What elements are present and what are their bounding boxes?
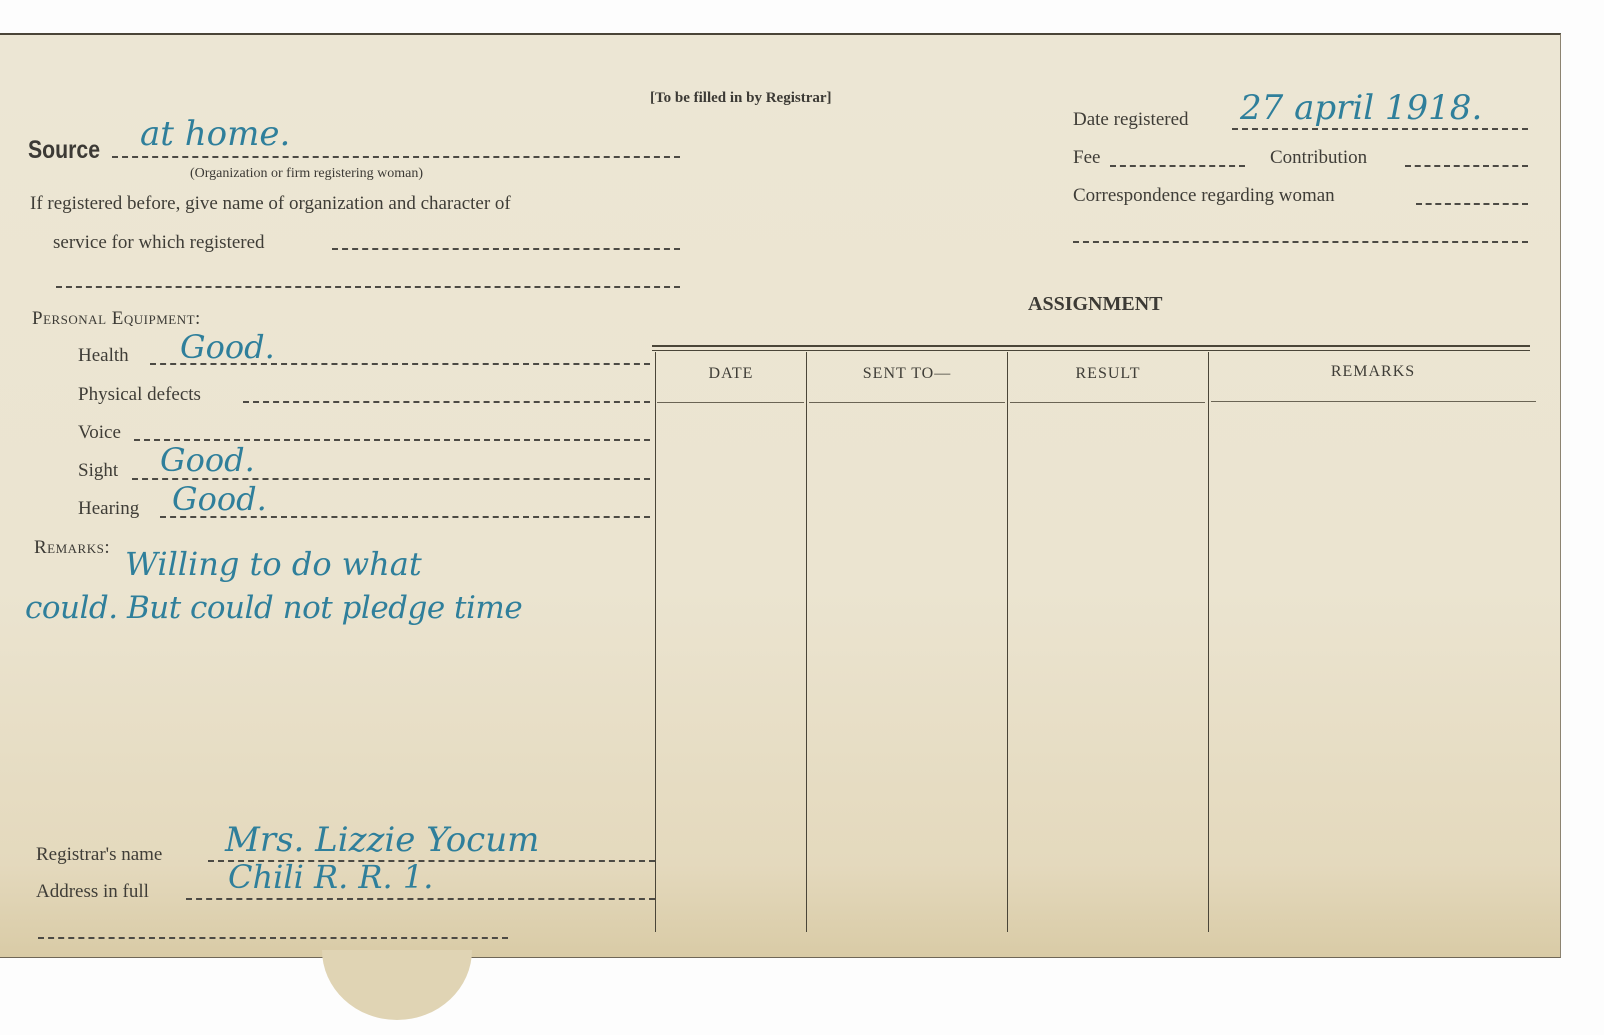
physical-defects-label: Physical defects xyxy=(78,384,201,406)
table-divider-2 xyxy=(1007,352,1008,932)
address-value[interactable]: Chili R. R. 1. xyxy=(228,858,433,896)
health-value[interactable]: Good. xyxy=(180,328,275,366)
source-label: Source xyxy=(28,136,100,165)
table-border-left xyxy=(655,352,656,932)
correspondence-line-1[interactable] xyxy=(1416,203,1528,205)
column-header-result: RESULT xyxy=(1008,365,1208,383)
personal-equipment-heading: Personal Equipment: xyxy=(32,308,201,330)
correspondence-label: Correspondence regarding woman xyxy=(1073,185,1335,207)
card-file-tab xyxy=(322,950,472,1020)
health-label: Health xyxy=(78,345,129,367)
hearing-label: Hearing xyxy=(78,498,139,520)
assignment-rule-top-inner xyxy=(652,350,1530,351)
sight-label: Sight xyxy=(78,460,118,482)
correspondence-line-2[interactable] xyxy=(1073,241,1528,243)
source-value[interactable]: at home. xyxy=(140,114,290,154)
date-registered-value[interactable]: 27 april 1918. xyxy=(1240,88,1482,128)
address-line-2[interactable] xyxy=(38,937,508,939)
table-cell-sent-to[interactable] xyxy=(808,404,1006,930)
table-cell-remarks[interactable] xyxy=(1210,404,1530,930)
hearing-value[interactable]: Good. xyxy=(172,480,267,518)
prior-registration-line-2[interactable] xyxy=(56,286,680,288)
assignment-rule-top xyxy=(652,345,1530,347)
physical-defects-line[interactable] xyxy=(243,401,650,403)
header-rule-remarks xyxy=(1211,401,1536,402)
source-line xyxy=(112,156,680,158)
address-label: Address in full xyxy=(36,881,149,903)
voice-label: Voice xyxy=(78,422,121,444)
prior-registration-label-2: service for which registered xyxy=(53,232,265,254)
contribution-label: Contribution xyxy=(1270,147,1367,169)
contribution-line[interactable] xyxy=(1405,165,1528,167)
address-line xyxy=(186,898,655,900)
table-cell-date[interactable] xyxy=(657,404,805,930)
prior-registration-line-1[interactable] xyxy=(332,248,680,250)
column-header-date: DATE xyxy=(656,365,806,383)
header-rule-result xyxy=(1010,402,1205,403)
table-divider-3 xyxy=(1208,352,1209,932)
assignment-title: ASSIGNMENT xyxy=(1028,293,1162,316)
registrar-note: [To be filled in by Registrar] xyxy=(650,90,832,107)
date-registered-label: Date registered xyxy=(1073,109,1189,131)
column-header-sent-to: SENT TO— xyxy=(807,365,1007,383)
header-rule-sent-to xyxy=(809,402,1005,403)
fee-line[interactable] xyxy=(1110,165,1245,167)
date-registered-line xyxy=(1232,128,1528,130)
sight-value[interactable]: Good. xyxy=(160,441,255,479)
header-rule-date xyxy=(657,402,804,403)
fee-label: Fee xyxy=(1073,147,1100,169)
prior-registration-label-1: If registered before, give name of organ… xyxy=(30,193,511,215)
table-cell-result[interactable] xyxy=(1009,404,1207,930)
column-header-remarks: REMARKS xyxy=(1209,363,1537,381)
remarks-heading: Remarks: xyxy=(34,537,110,559)
registrar-name-label: Registrar's name xyxy=(36,844,162,866)
table-divider-1 xyxy=(806,352,807,932)
remarks-value-line-2[interactable]: could. But could not pledge time xyxy=(25,590,522,626)
registrar-name-value[interactable]: Mrs. Lizzie Yocum xyxy=(225,820,539,860)
remarks-value-line-1[interactable]: Willing to do what xyxy=(125,545,422,583)
source-caption: (Organization or firm registering woman) xyxy=(190,166,423,182)
